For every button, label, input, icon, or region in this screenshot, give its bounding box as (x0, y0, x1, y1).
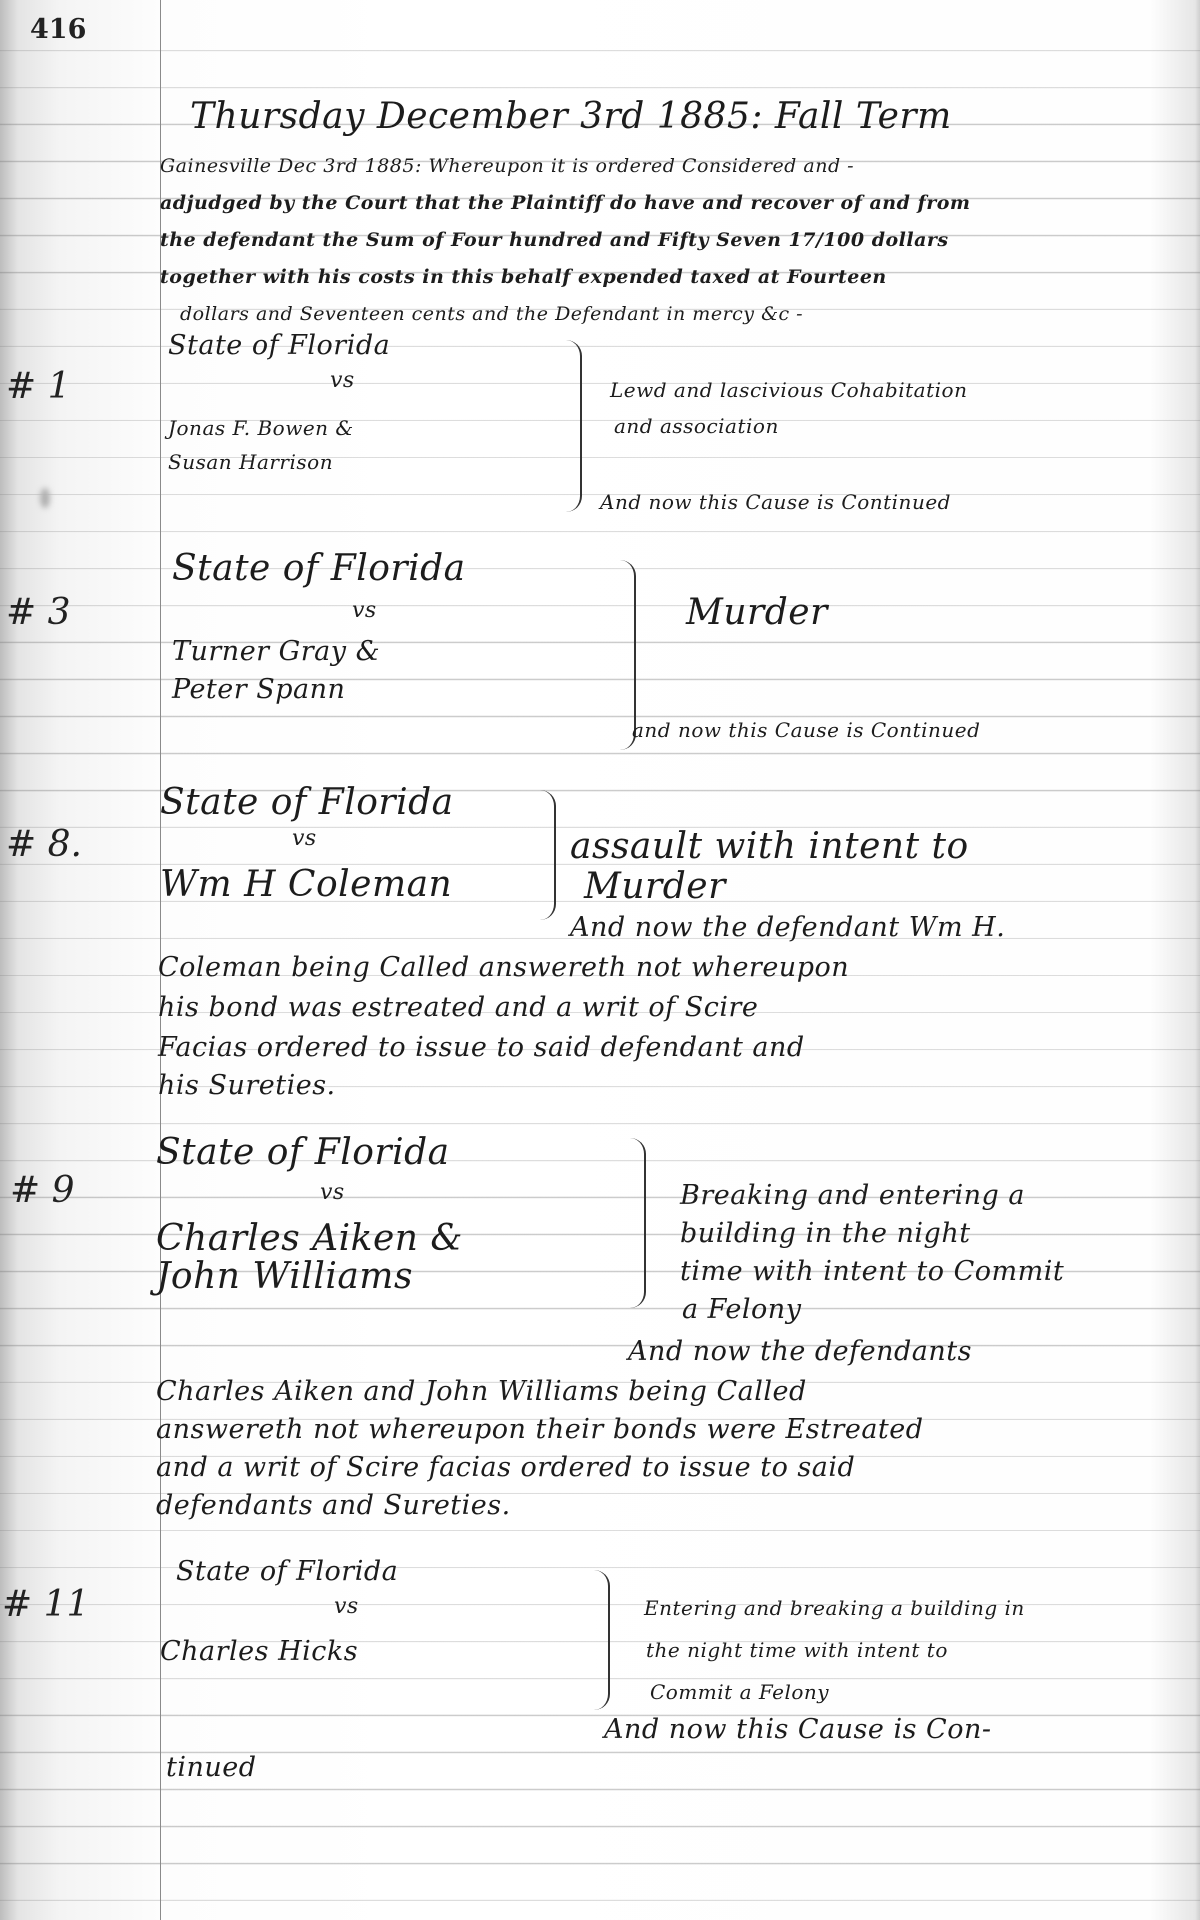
case-9-disposition-3: answereth not whereupon their bonds were… (156, 1414, 924, 1445)
case-9-charge-2: building in the night (680, 1218, 971, 1249)
case-number-3: # 3 (6, 592, 71, 633)
case-number-11: # 11 (2, 1584, 89, 1625)
case-8-plaintiff: State of Florida (160, 782, 454, 823)
case-11-defendant: Charles Hicks (160, 1636, 358, 1667)
case-9-defendant-2: John Williams (156, 1256, 413, 1297)
page-number: 416 (30, 14, 86, 45)
page-heading: Thursday December 3rd 1885: Fall Term (190, 96, 952, 137)
case-1-versus: vs (330, 368, 355, 393)
case-number-1: # 1 (6, 366, 71, 407)
case-9-disposition-1: And now the defendants (628, 1336, 972, 1367)
case-8-disposition-2: Coleman being Called answereth not where… (158, 952, 849, 983)
case-9-defendant-1: Charles Aiken & (156, 1218, 463, 1259)
case-9-charge-3: time with intent to Commit (680, 1256, 1064, 1287)
case-1-brace (566, 340, 582, 512)
case-9-charge-4: a Felony (682, 1294, 801, 1325)
ink-smudge (40, 488, 50, 508)
case-9-brace (630, 1138, 646, 1308)
judgment-line-5: dollars and Seventeen cents and the Defe… (180, 296, 803, 333)
case-11-plaintiff: State of Florida (176, 1556, 398, 1587)
case-8-disposition-3: his bond was estreated and a writ of Sci… (158, 992, 758, 1023)
case-1-defendant-2: Susan Harrison (168, 450, 333, 474)
case-3-disposition: and now this Cause is Continued (632, 718, 980, 742)
case-1-charge-1: Lewd and lascivious Cohabitation (610, 378, 967, 402)
case-11-disposition-1: And now this Cause is Con- (604, 1714, 991, 1745)
case-1-charge-2: and association (614, 414, 779, 438)
case-9-plaintiff: State of Florida (156, 1132, 450, 1173)
case-number-9: # 9 (10, 1170, 75, 1211)
case-8-disposition-1: And now the defendant Wm H. (570, 912, 1005, 943)
case-11-charge-1: Entering and breaking a building in (644, 1596, 1025, 1620)
case-8-defendant: Wm H Coleman (160, 864, 452, 905)
case-3-plaintiff: State of Florida (172, 548, 466, 589)
case-3-charge: Murder (686, 592, 828, 633)
case-9-disposition-5: defendants and Sureties. (156, 1490, 511, 1521)
case-8-charge-2: Murder (584, 866, 726, 907)
case-11-versus: vs (334, 1594, 359, 1619)
case-9-charge-1: Breaking and entering a (680, 1180, 1025, 1211)
case-3-defendant-1: Turner Gray & (172, 636, 380, 667)
case-number-8: # 8. (6, 824, 82, 865)
case-11-charge-2: the night time with intent to (646, 1638, 948, 1662)
case-8-versus: vs (292, 826, 317, 851)
case-8-brace (540, 790, 556, 920)
judgment-line-4: together with his costs in this behalf e… (160, 259, 887, 296)
case-3-defendant-2: Peter Spann (172, 674, 345, 705)
case-11-charge-3: Commit a Felony (650, 1680, 829, 1704)
case-9-versus: vs (320, 1180, 345, 1205)
case-8-disposition-4: Facias ordered to issue to said defendan… (158, 1032, 805, 1063)
judgment-line-1: Gainesville Dec 3rd 1885: Whereupon it i… (160, 148, 854, 185)
case-11-disposition-2: tinued (166, 1752, 257, 1783)
judgment-line-3: the defendant the Sum of Four hundred an… (160, 222, 949, 259)
case-8-disposition-5: his Sureties. (158, 1070, 336, 1101)
case-8-charge-1: assault with intent to (570, 826, 969, 867)
ledger-page: 416 Thursday December 3rd 1885: Fall Ter… (0, 0, 1200, 1920)
case-1-plaintiff: State of Florida (168, 330, 390, 361)
judgment-line-2: adjudged by the Court that the Plaintiff… (160, 185, 970, 222)
case-11-brace (594, 1570, 610, 1710)
case-9-disposition-4: and a writ of Scire facias ordered to is… (156, 1452, 855, 1483)
case-1-disposition: And now this Cause is Continued (600, 490, 951, 514)
case-3-versus: vs (352, 598, 377, 623)
case-1-defendant-1: Jonas F. Bowen & (168, 416, 354, 440)
case-9-disposition-2: Charles Aiken and John Williams being Ca… (156, 1376, 807, 1407)
